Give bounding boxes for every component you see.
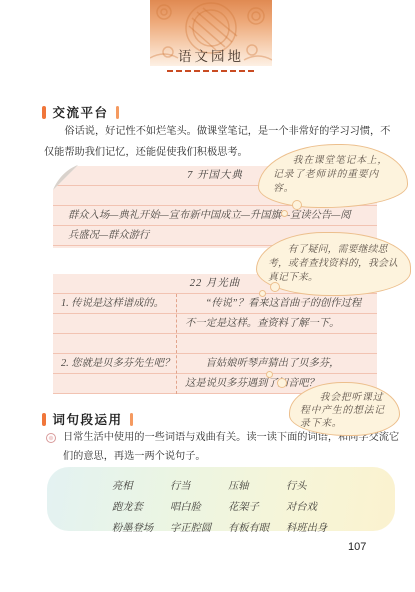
bubble-tail-dot (266, 371, 273, 378)
bubble-tail-dot (281, 210, 288, 217)
note-table-left-column: 1. 传说是这样谱成的。 2. 您就是贝多芬先生吧？ (53, 294, 177, 394)
page-fold-icon (52, 165, 78, 191)
bubble-tail-dot (292, 200, 302, 210)
chapter-header-art: 语文园地 (150, 0, 272, 66)
page-number: 107 (348, 541, 366, 553)
word-item: 字正腔圆 (170, 518, 228, 539)
page-title: 语文园地 (150, 45, 272, 65)
section-bar-icon (42, 106, 46, 119)
bubble-tail-dot (259, 290, 266, 297)
word-item: 行头 (286, 476, 344, 497)
section-header-usage: 词句段运用 (42, 410, 133, 428)
note-left-item: 2. 您就是贝多芬先生吧？ (61, 354, 176, 374)
bullet-ring-icon (46, 433, 56, 443)
section-bar-icon (42, 413, 46, 426)
word-list-box: 亮相 行当 压轴 行头 跑龙套 唱白脸 花架子 对台戏 粉墨登场 字正腔圆 有板… (47, 467, 395, 531)
textbook-page: 语文园地 交流平台 俗话说，好记性不如烂笔头。做课堂笔记，是一个非常好的学习习惯… (0, 0, 415, 592)
section-header-platform: 交流平台 (42, 103, 119, 121)
word-item: 粉墨登场 (112, 518, 170, 539)
note-table: 1. 传说是这样谱成的。 2. 您就是贝多芬先生吧？ “传说”？看来这首曲子的创… (53, 294, 377, 394)
word-item: 行当 (170, 476, 228, 497)
word-item: 跑龙套 (112, 497, 170, 518)
section-bar-icon (116, 106, 120, 119)
word-item: 花架子 (228, 497, 286, 518)
section-title: 词句段运用 (53, 410, 123, 428)
section-bar-icon (130, 413, 134, 426)
word-item: 有板有眼 (228, 518, 286, 539)
word-item: 亮相 (112, 476, 170, 497)
word-item: 唱白脸 (170, 497, 228, 518)
note-left-item: 1. 传说是这样谱成的。 (61, 294, 176, 314)
word-item: 科班出身 (286, 518, 344, 539)
word-item: 对台戏 (286, 497, 344, 518)
bubble-tail-dot (277, 378, 287, 388)
bubble-tail-dot (270, 282, 280, 292)
word-item: 压轴 (228, 476, 286, 497)
title-underline (167, 70, 255, 72)
thought-bubble-3: 我会把听课过程中产生的想法记录下来。 (289, 382, 400, 436)
note-right-item: “传说”？看来这首曲子的创作过程不一定是这样。查资料了解一下。 (185, 294, 364, 334)
section-title: 交流平台 (53, 103, 109, 121)
